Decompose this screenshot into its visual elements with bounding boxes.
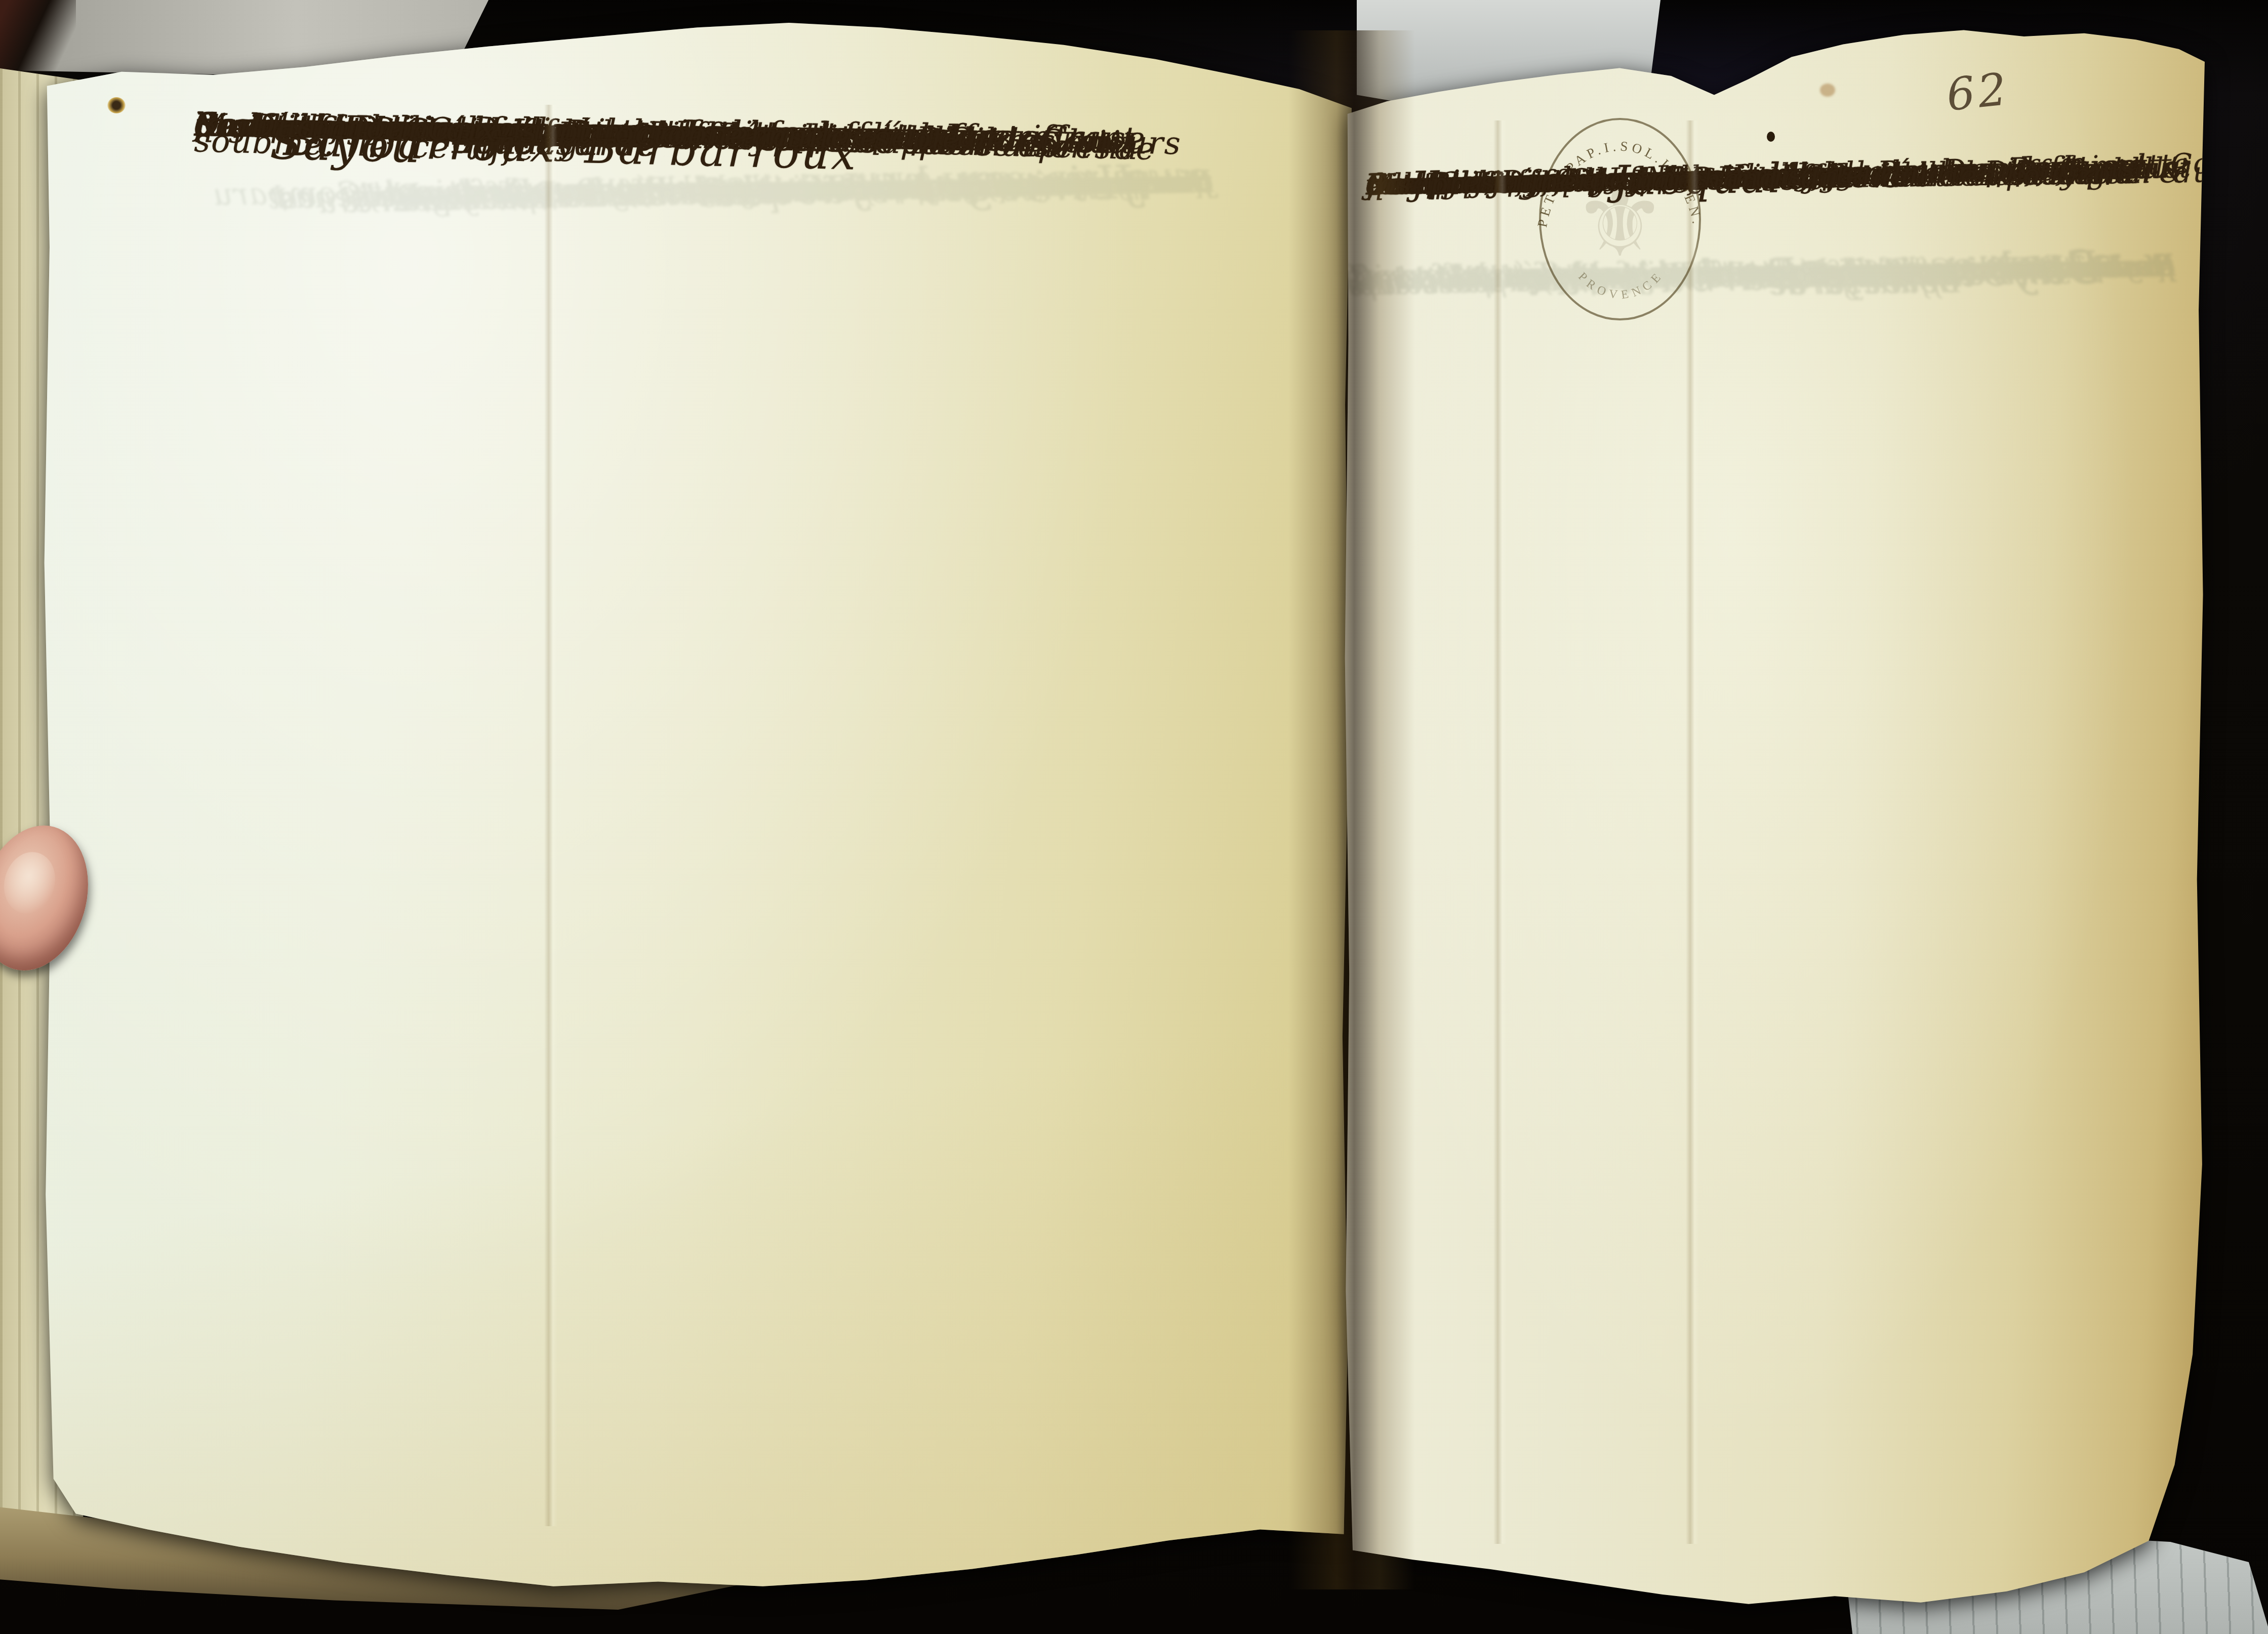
right-page[interactable]: Consuls obtiendra les parties sy dessus … (1344, 25, 2205, 1607)
left-page-text: Consuls obtiendra les parties sy dessus … (195, 98, 1187, 117)
ink-speck (1767, 132, 1775, 142)
page-crease (1493, 120, 1507, 1544)
fingernail (0, 846, 62, 920)
ink-speck (1790, 162, 1796, 169)
page-crease (544, 105, 557, 1526)
left-page-paper: Est Comparuen presence de Messieurs lesM… (43, 10, 1352, 1589)
worm-hole (163, 55, 171, 62)
tax-stamp: PETIT.PAP.I.SOL.IV.DEN. PROVENCE ⚜ (1524, 104, 1716, 337)
fox-stain (1820, 84, 1835, 97)
manuscript-line: Joseph Jaubert marchand du lieu de Couyz… (1212, 152, 1213, 212)
ink-speck (236, 39, 242, 46)
manuscript-line: Joseph Jaubert marchand du lieu de Couyz… (1365, 159, 1366, 211)
bleedthrough-text-right: Consuls obtiendra les parties sy dessus … (1344, 236, 2174, 251)
manuscript-line: Dud. Jour dix sept octobre mille sept ce… (2119, 236, 2175, 297)
photo-canvas: Est Comparuen presence de Messieurs lesM… (0, 0, 2268, 1634)
manuscript-line: Dud. Jour dix sept octobre mille sept ce… (194, 98, 251, 152)
right-page-paper: Consuls obtiendra les parties sy dessus … (1344, 25, 2205, 1607)
worm-hole (107, 97, 126, 113)
page-number: 62 (1944, 63, 2012, 121)
left-page[interactable]: Est Comparuen presence de Messieurs lesM… (43, 10, 1352, 1589)
right-page-text: Est Comparuen presence de Messieurs lesM… (1365, 142, 2191, 159)
